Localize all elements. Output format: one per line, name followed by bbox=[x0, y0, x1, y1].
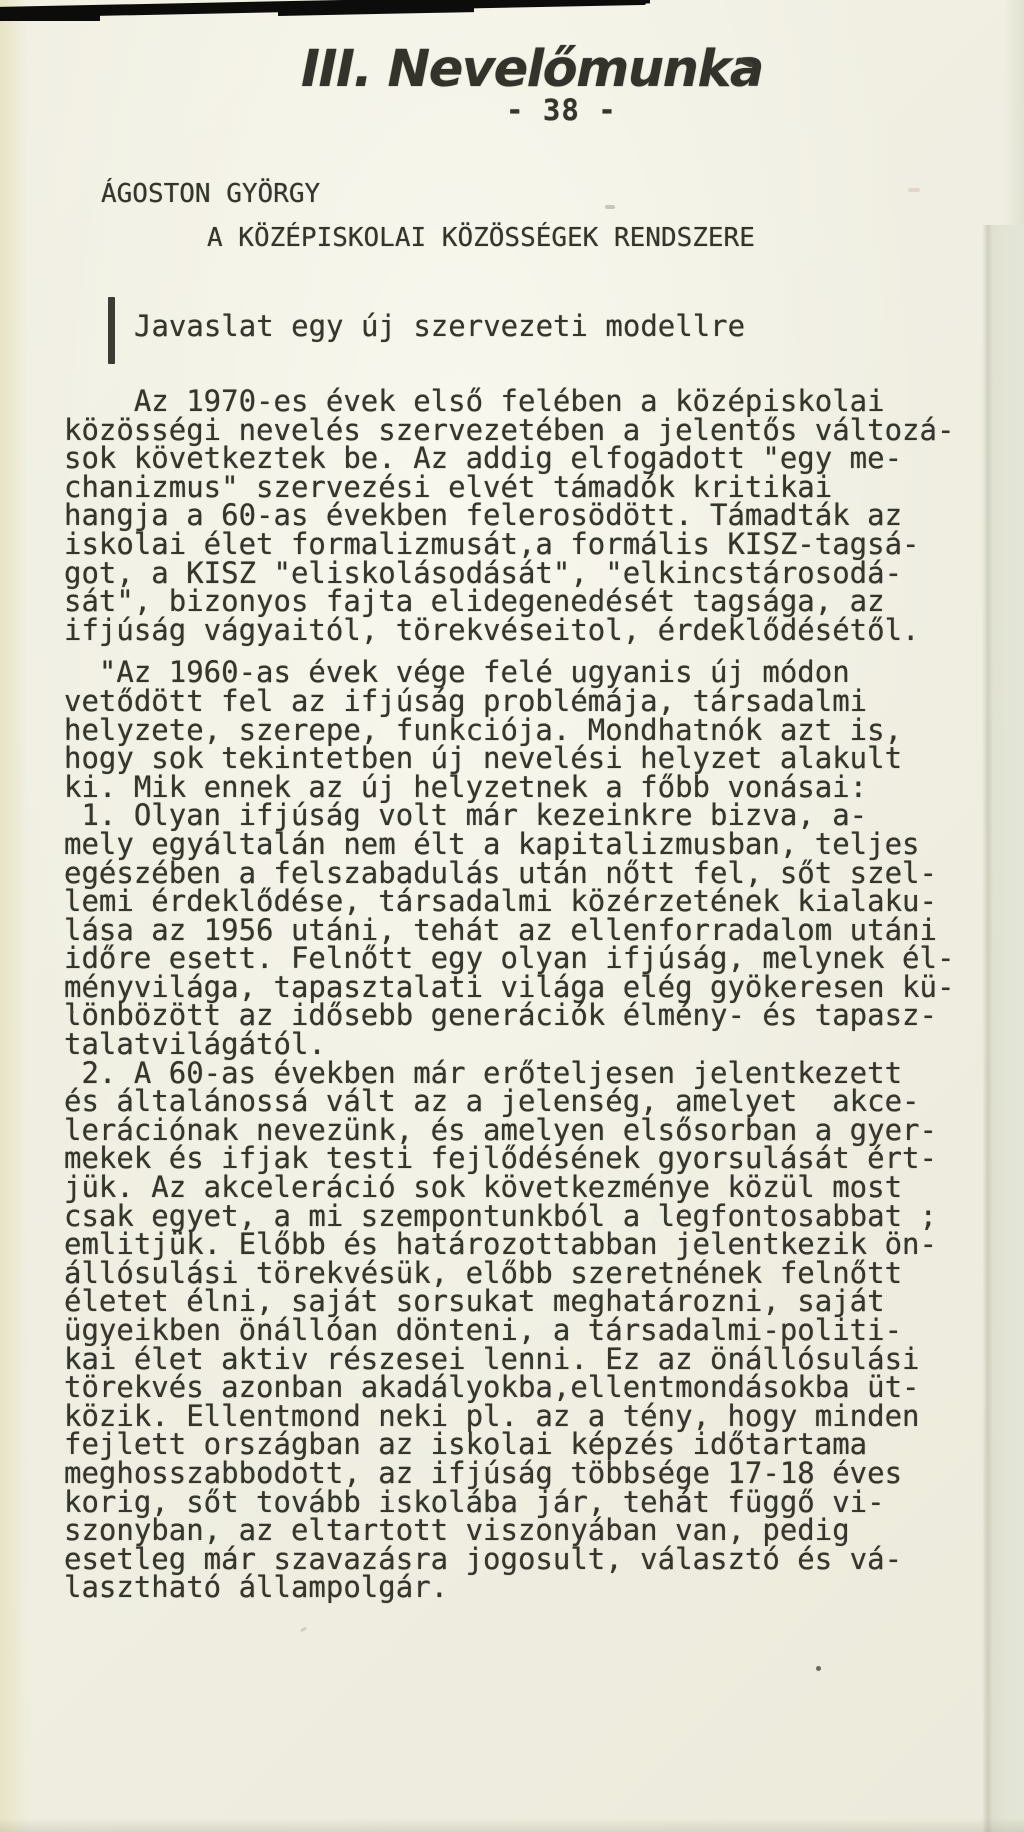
text-line: chanizmus" szervezési elvét támadók krit… bbox=[64, 473, 994, 502]
text-line: egészében a felszabadulás után nőtt fel,… bbox=[64, 859, 994, 888]
author-name: ÁGOSTON GYÖRGY bbox=[101, 179, 320, 209]
text-line: sát", bizonyos fajta elidegenedését tags… bbox=[64, 587, 994, 616]
text-line: mely egyáltalán nem élt a kapitalizmusba… bbox=[64, 830, 994, 859]
scan-speck bbox=[300, 1626, 308, 1632]
text-line: és általánossá vált az a jelenség, amely… bbox=[64, 1087, 994, 1116]
text-line: ügyeikben önállóan dönteni, a társadalmi… bbox=[64, 1316, 994, 1345]
text-line: közösségi nevelés szervezetében a jelent… bbox=[64, 416, 994, 445]
text-line: Az 1970-es évek első felében a középisko… bbox=[64, 387, 994, 416]
margin-bar bbox=[108, 297, 115, 364]
text-line: közik. Ellentmond neki pl. az a tény, ho… bbox=[64, 1402, 994, 1431]
text-line: 2. A 60-as években már erőteljesen jelen… bbox=[64, 1059, 994, 1088]
text-line: lása az 1956 utáni, tehát az ellenforrad… bbox=[64, 916, 994, 945]
paragraph-block: Az 1970-es évek első felében a középisko… bbox=[64, 387, 994, 644]
text-line: 1. Olyan ifjúság volt már kezeinkre bizv… bbox=[64, 801, 994, 830]
text-line: csak egyet, a mi szempontunkból a legfon… bbox=[64, 1202, 994, 1231]
scan-speck bbox=[908, 188, 920, 192]
text-line: lasztható állampolgár. bbox=[64, 1573, 994, 1602]
text-line: állósulási törekvésük, előbb szeretnének… bbox=[64, 1259, 994, 1288]
text-line: ményvilága, tapasztalati világa elég gyö… bbox=[64, 973, 994, 1002]
text-line: jük. Az akceleráció sok következménye kö… bbox=[64, 1173, 994, 1202]
text-line: talatvilágától. bbox=[64, 1030, 994, 1059]
text-line: életet élni, saját sorsukat meghatározni… bbox=[64, 1287, 994, 1316]
text-line: lemi érdeklődése, társadalmi közérzeténe… bbox=[64, 887, 994, 916]
scan-speck bbox=[816, 1666, 821, 1671]
text-line: szonyban, az eltartott viszonyában van, … bbox=[64, 1516, 994, 1545]
paragraph-block: "Az 1960-as évek vége felé ugyanis új mó… bbox=[64, 658, 994, 1602]
text-line: lönbözött az idősebb generációk élmény- … bbox=[64, 1001, 994, 1030]
text-line: meghosszabbodott, az ifjúság többsége 17… bbox=[64, 1459, 994, 1488]
text-line: ifjúság vágyaitól, törekvéseitol, érdekl… bbox=[64, 616, 994, 645]
text-line: hangja a 60-as években felerosödött. Tám… bbox=[64, 501, 994, 530]
text-line: fejlett országban az iskolai képzés időt… bbox=[64, 1430, 994, 1459]
article-title: A KÖZÉPISKOLAI KÖZÖSSÉGEK RENDSZERE bbox=[207, 223, 755, 253]
text-line: esetleg már szavazásra jogosult, választ… bbox=[64, 1545, 994, 1574]
paper-right-edge-shadow-top bbox=[1004, 0, 1024, 225]
scan-artifact-top-band-left-block bbox=[0, 7, 100, 21]
scan-speck bbox=[605, 205, 615, 209]
text-line: korig, sőt tovább iskolába jár, tehát fü… bbox=[64, 1488, 994, 1517]
text-line: időre esett. Felnőtt egy olyan ifjúság, … bbox=[64, 944, 994, 973]
paper-bottom-edge-shadow bbox=[0, 1818, 1024, 1832]
text-line: ki. Mik ennek az új helyzetnek a főbb vo… bbox=[64, 773, 994, 802]
scanned-document-page: III. Nevelőmunka - 38 - ÁGOSTON GYÖRGY A… bbox=[0, 0, 1024, 1832]
page-number: - 38 - bbox=[506, 93, 617, 127]
text-line: iskolai élet formalizmusát,a formális KI… bbox=[64, 530, 994, 559]
text-line: hogy sok tekintetben új nevelési helyzet… bbox=[64, 744, 994, 773]
text-line: törekvés azonban akadályokba,ellentmondá… bbox=[64, 1373, 994, 1402]
text-line: lerációnak nevezünk, és amelyen elsősorb… bbox=[64, 1116, 994, 1145]
text-line: helyzete, szerepe, funkciója. Mondhatnók… bbox=[64, 716, 994, 745]
article-subtitle: Javaslat egy új szervezeti modellre bbox=[134, 309, 745, 343]
text-line: vetődött fel az ifjúság problémája, társ… bbox=[64, 687, 994, 716]
text-line: kai élet aktiv részesei lenni. Ez az öná… bbox=[64, 1345, 994, 1374]
scan-speck bbox=[70, 1010, 74, 1014]
text-line: mekek és ifjak testi fejlődésének gyorsu… bbox=[64, 1144, 994, 1173]
section-title: III. Nevelőmunka bbox=[301, 42, 763, 98]
text-line: "Az 1960-as évek vége felé ugyanis új mó… bbox=[64, 658, 994, 687]
body-text: Az 1970-es évek első felében a középisko… bbox=[64, 387, 994, 1602]
paper-left-edge bbox=[0, 0, 28, 1832]
text-line: emlitjük. Előbb és határozottabban jelen… bbox=[64, 1230, 994, 1259]
text-line: sok következtek be. Az addig elfogadott … bbox=[64, 444, 994, 473]
text-line: got, a KISZ "eliskolásodását", "elkincst… bbox=[64, 559, 994, 588]
